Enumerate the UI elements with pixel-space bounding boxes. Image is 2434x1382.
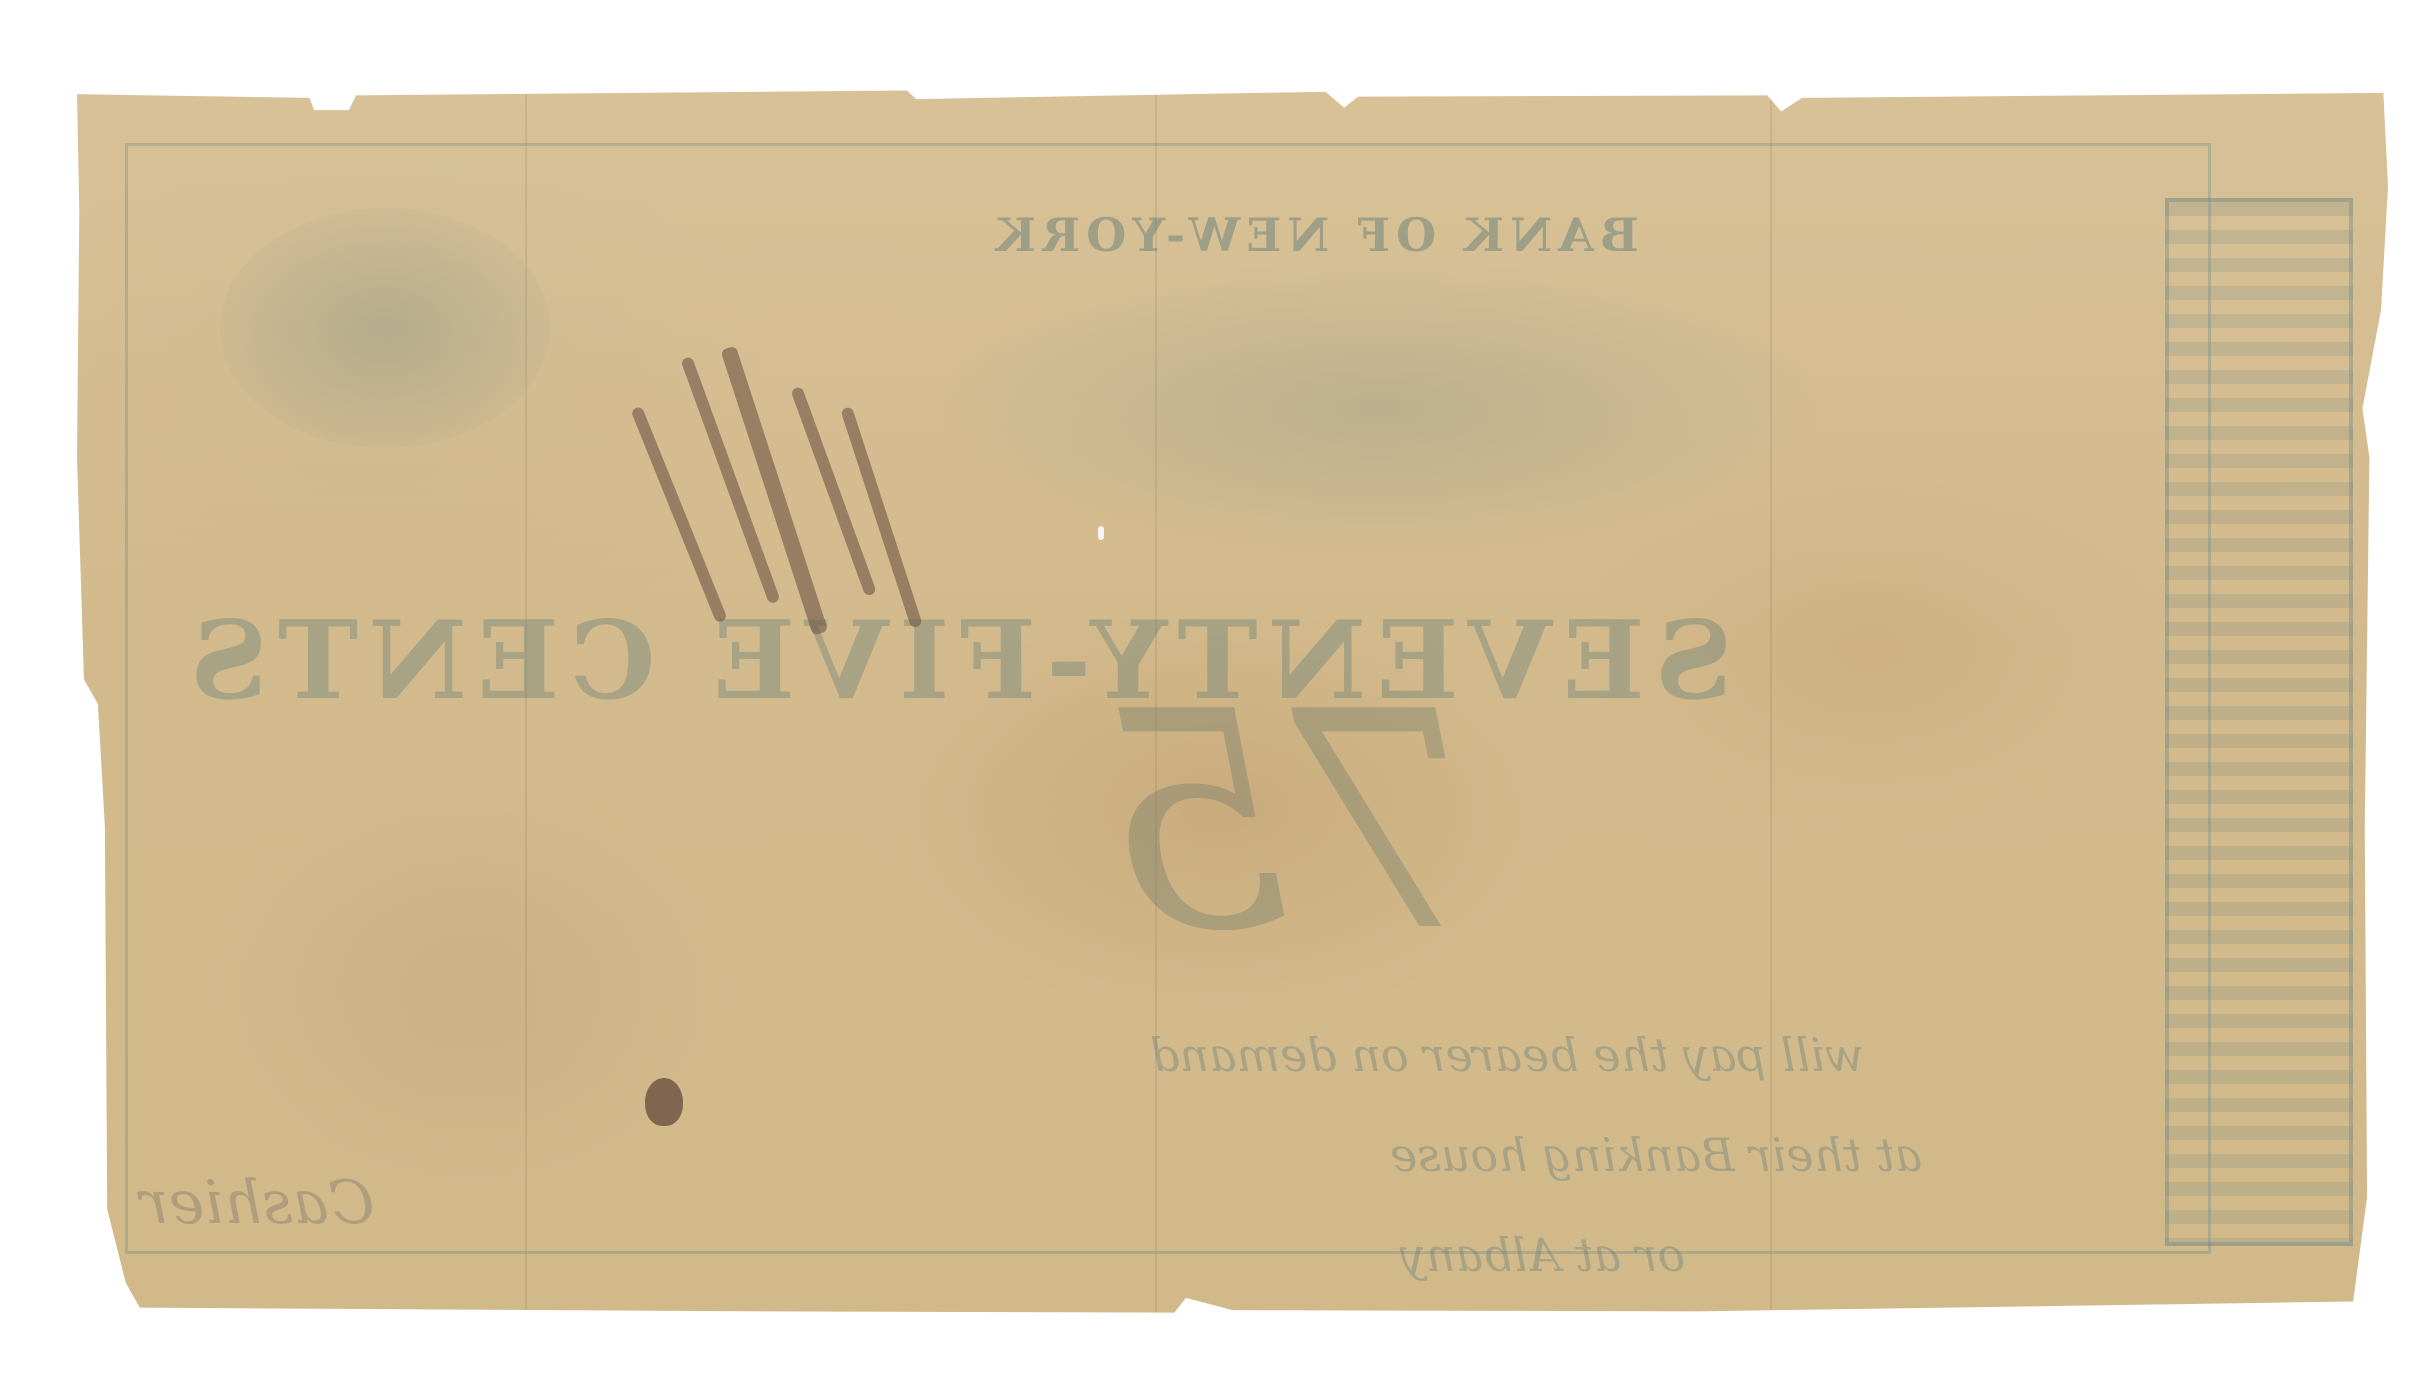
eagle-vignette	[930, 258, 1830, 558]
banknote-reverse: BANK OF NEW-YORK SEVENTY-FIVE CENTS 75 w…	[70, 88, 2395, 1320]
bank-title-show-through: BANK OF NEW-YORK	[990, 208, 1639, 262]
ink-stain	[645, 1078, 683, 1126]
vignette-oval	[220, 208, 550, 448]
signature-show-through: Cashier	[140, 1168, 375, 1238]
numeral-show-through: 75	[1100, 648, 1482, 997]
ink-cancel-strokes	[610, 348, 950, 718]
script-line: will pay the bearer on demand	[1150, 1028, 1864, 1082]
denomination-show-through: SEVENTY-FIVE CENTS	[180, 598, 1733, 724]
pinhole	[1098, 526, 1104, 540]
script-line: at their Banking house	[1390, 1128, 1922, 1182]
script-line: or at Albany	[1400, 1228, 1685, 1282]
ornamental-end-panel	[2165, 198, 2353, 1246]
